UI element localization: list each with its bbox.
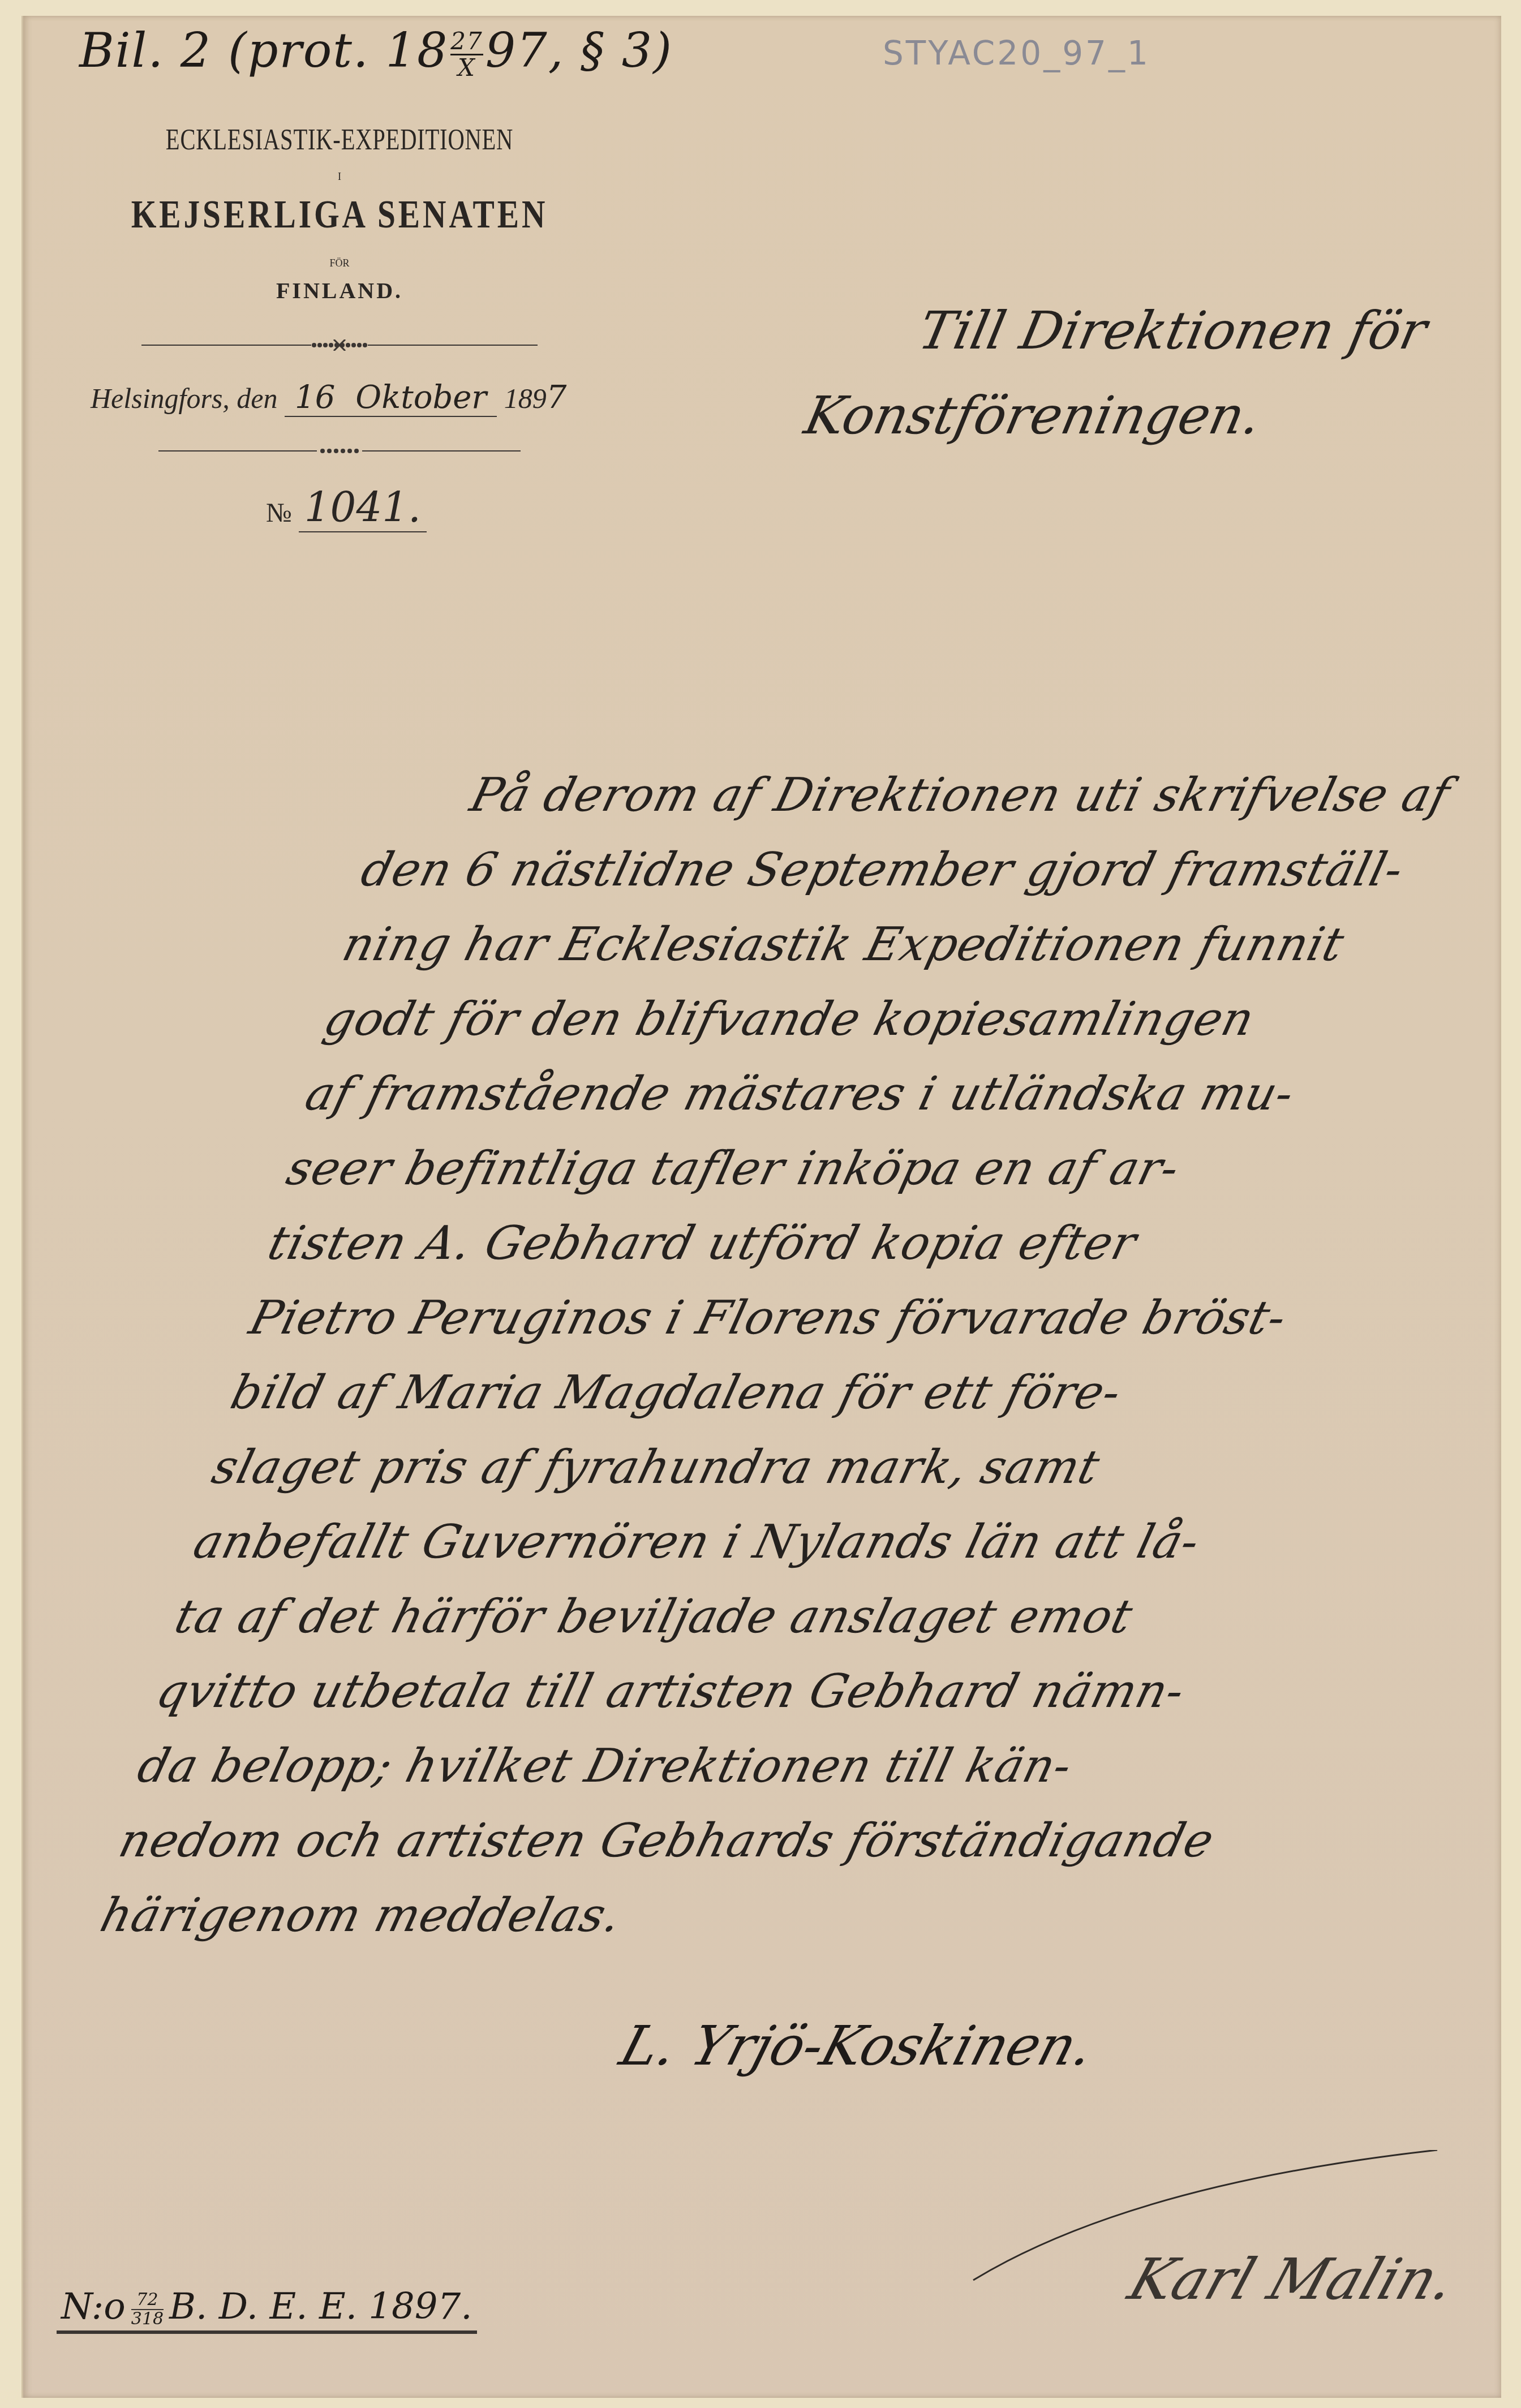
date-day: 16 xyxy=(285,379,345,417)
registration-suffix: B. D. E. E. 1897. xyxy=(169,2286,472,2328)
body-line: seer befintliga tafler inköpa en af ar- xyxy=(279,1132,1407,1206)
letterhead-country: FINLAND. xyxy=(79,277,600,304)
date-year-printed: 189 xyxy=(504,382,547,414)
pencil-archive-code: STYAC20_97_1 xyxy=(883,34,1150,72)
body-line: härigenom meddelas. xyxy=(92,1878,1220,1953)
body-line: ning har Ecklesiastik Expeditionen funni… xyxy=(334,908,1462,982)
number-value: 1041. xyxy=(299,484,427,532)
signature-karl-malin: Karl Malin. xyxy=(1121,2246,1464,2312)
letterhead-department: ECKLESIASTIK-EXPEDITIONEN xyxy=(136,123,543,157)
ornament-divider-icon xyxy=(141,339,538,351)
date-month: Oktober xyxy=(345,379,497,417)
body-line: Pietro Peruginos i Florens förvarade brö… xyxy=(242,1281,1369,1356)
body-line: den 6 nästlidne September gjord framstäl… xyxy=(353,833,1481,908)
body-line: da belopp; hvilket Direktionen till kän- xyxy=(130,1729,1257,1804)
signature-yrjo-koskinen: L. Yrjö-Koskinen. xyxy=(613,2014,1101,2078)
letterhead-senate: KEJSERLIGA SENATEN xyxy=(117,192,562,238)
body-line: tisten A. Gebhard utförd kopia efter xyxy=(260,1206,1388,1281)
archive-ref-prefix: Bil. 2 (prot. 18 xyxy=(79,23,448,78)
place-and-date: Helsingfors, den 16Oktober 1897 xyxy=(91,379,566,416)
date-year-handwritten: 7 xyxy=(547,379,567,416)
place-label: Helsingfors, den xyxy=(91,382,278,414)
addressee: Till Direktionen för Konstföreningen. xyxy=(797,289,1489,458)
archive-reference-note: Bil. 2 (prot. 1827X97, § 3) xyxy=(79,23,673,80)
body-line: På derom af Direktionen uti skrifvelse a… xyxy=(372,758,1499,833)
body-line: godt för den blifvande kopiesamlingen xyxy=(316,982,1443,1057)
archive-ref-fraction: 27X xyxy=(450,29,483,80)
letterhead-conjunction-for: FÖR xyxy=(79,257,600,269)
registration-fraction: 72318 xyxy=(131,2291,164,2328)
body-line: anbefallt Guvernören i Nylands län att l… xyxy=(186,1505,1313,1580)
number-symbol: № xyxy=(266,498,292,528)
body-line: nedom och artisten Gebhards förständigan… xyxy=(111,1804,1239,1878)
letterhead-conjunction-i: I xyxy=(79,171,600,183)
body-line: qvitto utbetala till artisten Gebhard nä… xyxy=(148,1654,1276,1729)
registration-mark: N:o72318B. D. E. E. 1897. xyxy=(57,2286,477,2334)
body-line: slaget pris af fyrahundra mark, samt xyxy=(204,1430,1332,1505)
registration-prefix: N:o xyxy=(61,2286,126,2328)
document-number: № 1041. xyxy=(266,484,427,531)
body-line: af framstående mästares i utländska mu- xyxy=(297,1057,1425,1132)
body-line: ta af det härför beviljade anslaget emot xyxy=(167,1580,1295,1654)
archive-ref-suffix: 97, § 3) xyxy=(485,23,673,78)
addressee-line-1: Till Direktionen för xyxy=(815,289,1489,373)
body-line: bild af Maria Magdalena för ett före- xyxy=(223,1356,1351,1430)
small-ornament-divider-icon xyxy=(158,447,521,455)
addressee-line-2: Konstföreningen. xyxy=(797,373,1471,458)
